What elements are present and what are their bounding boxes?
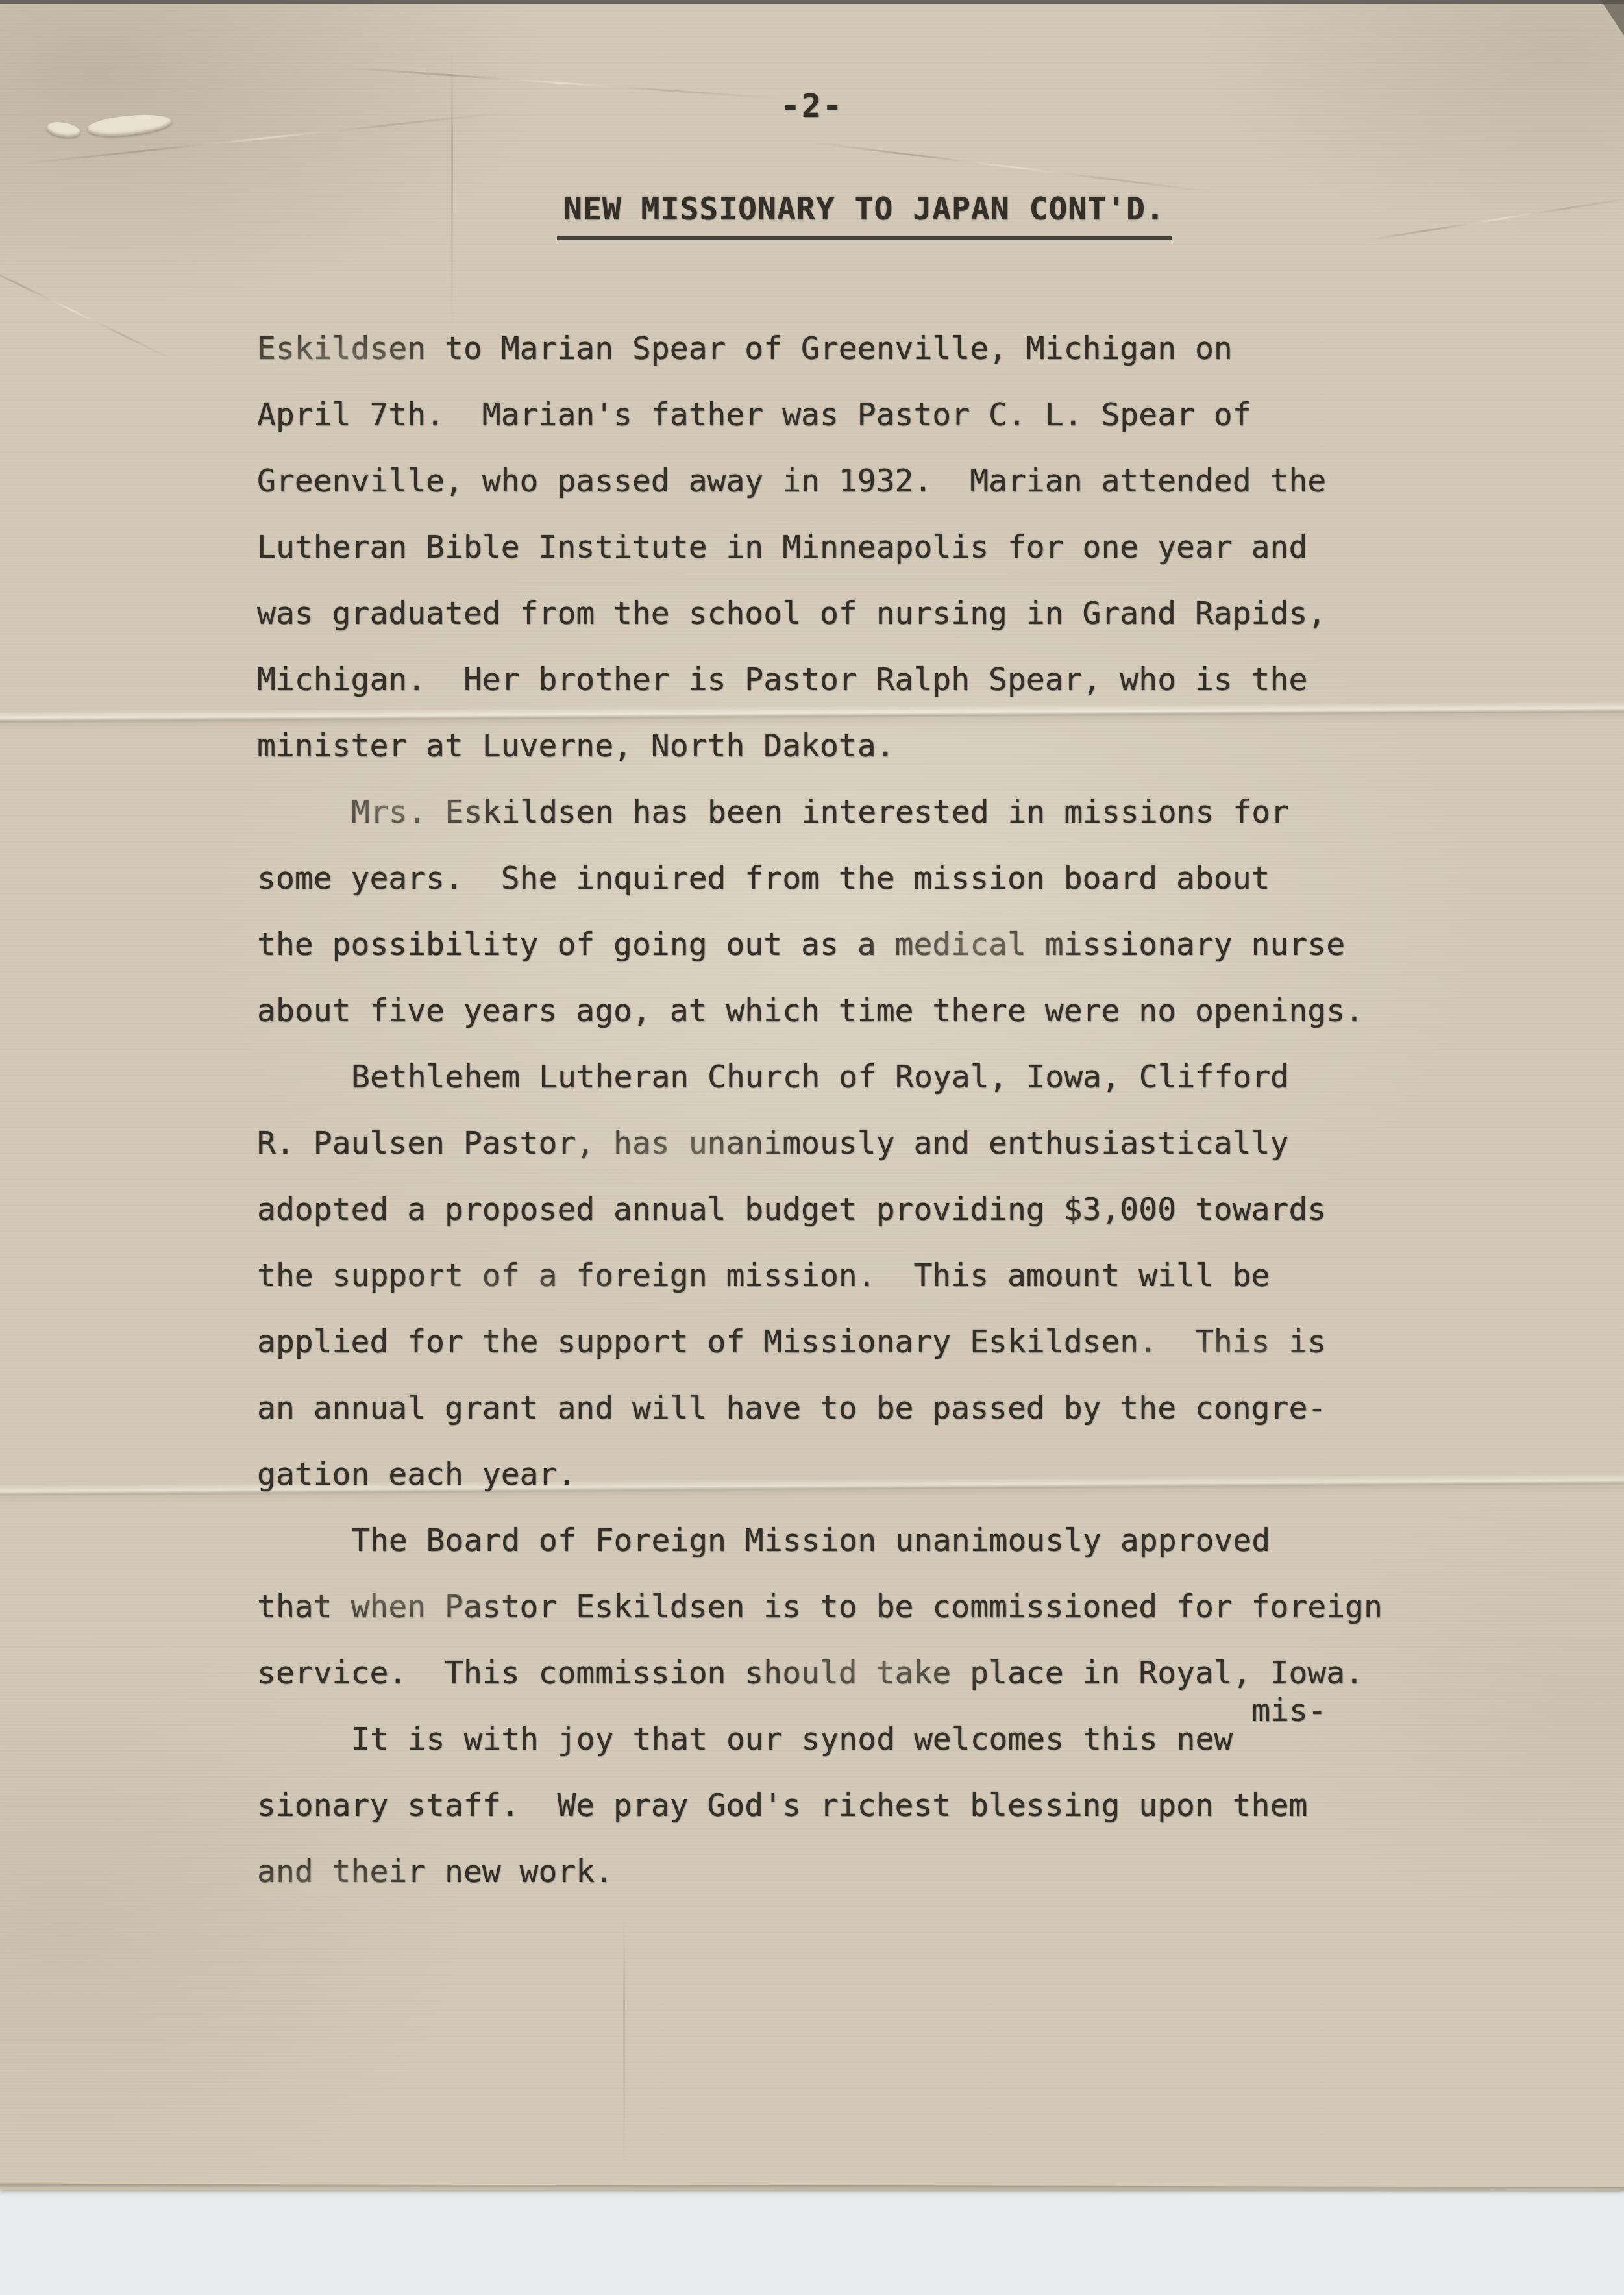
text-line: Bethlehem Lutheran Church of Royal, Iowa… xyxy=(257,1044,1419,1110)
text-line: applied for the support of Missionary Es… xyxy=(257,1309,1419,1375)
text-line: It is with joy that our synod welcomes t… xyxy=(257,1706,1419,1772)
paragraph-3: Bethlehem Lutheran Church of Royal, Iowa… xyxy=(257,1044,1419,1507)
paragraph-5: It is with joy that our synod welcomes t… xyxy=(257,1706,1419,1905)
text-line: the possibility of going out as a medica… xyxy=(257,912,1419,978)
page-number: -2- xyxy=(0,87,1624,125)
paper-crease xyxy=(1364,197,1624,242)
text-line: gation each year. xyxy=(257,1441,1419,1507)
text-line: Eskildsen to Marian Spear of Greenville,… xyxy=(257,316,1419,382)
scanned-document-page: -2- NEW MISSIONARY TO JAPAN CONT'D. Eski… xyxy=(0,0,1624,2295)
text-line: Lutheran Bible Institute in Minneapolis … xyxy=(257,514,1419,580)
paper-crease xyxy=(813,142,1212,193)
text-line: an annual grant and will have to be pass… xyxy=(257,1375,1419,1441)
paper-sheet: -2- NEW MISSIONARY TO JAPAN CONT'D. Eski… xyxy=(0,4,1624,2190)
text-line: adopted a proposed annual budget providi… xyxy=(257,1176,1419,1243)
text-line: that when Pastor Eskildsen is to be comm… xyxy=(257,1574,1419,1640)
paragraph-1: Eskildsen to Marian Spear of Greenville,… xyxy=(257,316,1419,779)
text-line: service. This commission should take pla… xyxy=(257,1640,1419,1706)
text-line: Mrs. Eskildsen has been interested in mi… xyxy=(257,779,1419,845)
text-line: some years. She inquired from the missio… xyxy=(257,845,1419,912)
text-line: Michigan. Her brother is Pastor Ralph Sp… xyxy=(257,647,1419,713)
text-segment: It is with joy that our synod welcomes t… xyxy=(351,1721,1251,1757)
paragraph-2: Mrs. Eskildsen has been interested in mi… xyxy=(257,779,1419,1044)
text-line: The Board of Foreign Mission unanimously… xyxy=(257,1507,1419,1574)
document-title: NEW MISSIONARY TO JAPAN CONT'D. xyxy=(557,191,1172,240)
text-line: R. Paulsen Pastor, has unanimously and e… xyxy=(257,1110,1419,1176)
text-line: was graduated from the school of nursing… xyxy=(257,580,1419,647)
text-line: Greenville, who passed away in 1932. Mar… xyxy=(257,448,1419,514)
text-line: sionary staff. We pray God's richest ble… xyxy=(257,1772,1419,1839)
text-line: about five years ago, at which time ther… xyxy=(257,978,1419,1044)
paper-crease xyxy=(623,1919,625,2166)
text-line: April 7th. Marian's father was Pastor C.… xyxy=(257,382,1419,448)
text-line: and their new work. xyxy=(257,1839,1419,1905)
document-body: Eskildsen to Marian Spear of Greenville,… xyxy=(257,316,1419,1905)
paragraph-4: The Board of Foreign Mission unanimously… xyxy=(257,1507,1419,1706)
superscript-correction: mis- xyxy=(1251,1693,1327,1729)
text-line: the support of a foreign mission. This a… xyxy=(257,1243,1419,1309)
paper-crease xyxy=(0,261,171,360)
text-line: minister at Luverne, North Dakota. xyxy=(257,713,1419,779)
